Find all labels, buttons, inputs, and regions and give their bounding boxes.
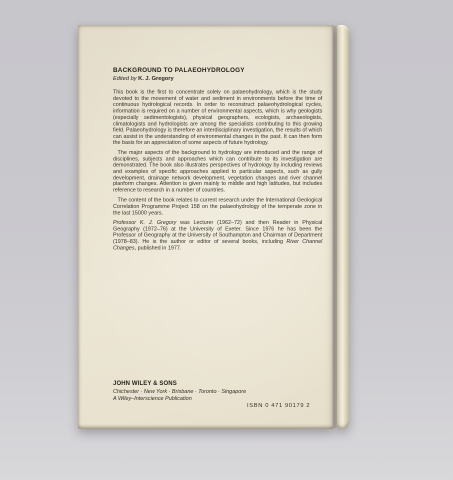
publisher-cities: Chichester · New York · Brisbane · Toron… [113, 388, 246, 395]
byline: Edited by K. J. Gregory [113, 75, 322, 82]
blurb-paragraph-3: The content of the book relates to curre… [113, 197, 322, 216]
edited-by-label: Edited by [113, 75, 137, 82]
author-bio-paragraph: Professor K. J. Gregory was Lecturer (19… [113, 220, 322, 252]
publisher-block: JOHN WILEY & SONS Chichester · New York … [113, 380, 246, 402]
publisher-name: JOHN WILEY & SONS [113, 380, 246, 388]
book-back-cover-photo: BACKGROUND TO PALAEOHYDROLOGY Edited by … [78, 25, 349, 429]
back-cover: BACKGROUND TO PALAEOHYDROLOGY Edited by … [78, 25, 333, 429]
isbn-number: ISBN 0 471 90179 2 [247, 402, 310, 409]
publisher-imprint: A Wiley–Interscience Publication [113, 395, 246, 402]
author-bio-tail: , published in 1977. [135, 244, 182, 251]
editor-name: K. J. Gregory [138, 75, 173, 82]
blurb-block: This book is the first to concentrate so… [113, 89, 322, 255]
book-spine [337, 25, 349, 429]
blurb-paragraph-2: The major aspects of the background to h… [113, 149, 322, 193]
title-block: BACKGROUND TO PALAEOHYDROLOGY Edited by … [113, 67, 322, 81]
blurb-paragraph-1: This book is the first to concentrate so… [113, 89, 322, 146]
book-title: BACKGROUND TO PALAEOHYDROLOGY [113, 67, 322, 74]
